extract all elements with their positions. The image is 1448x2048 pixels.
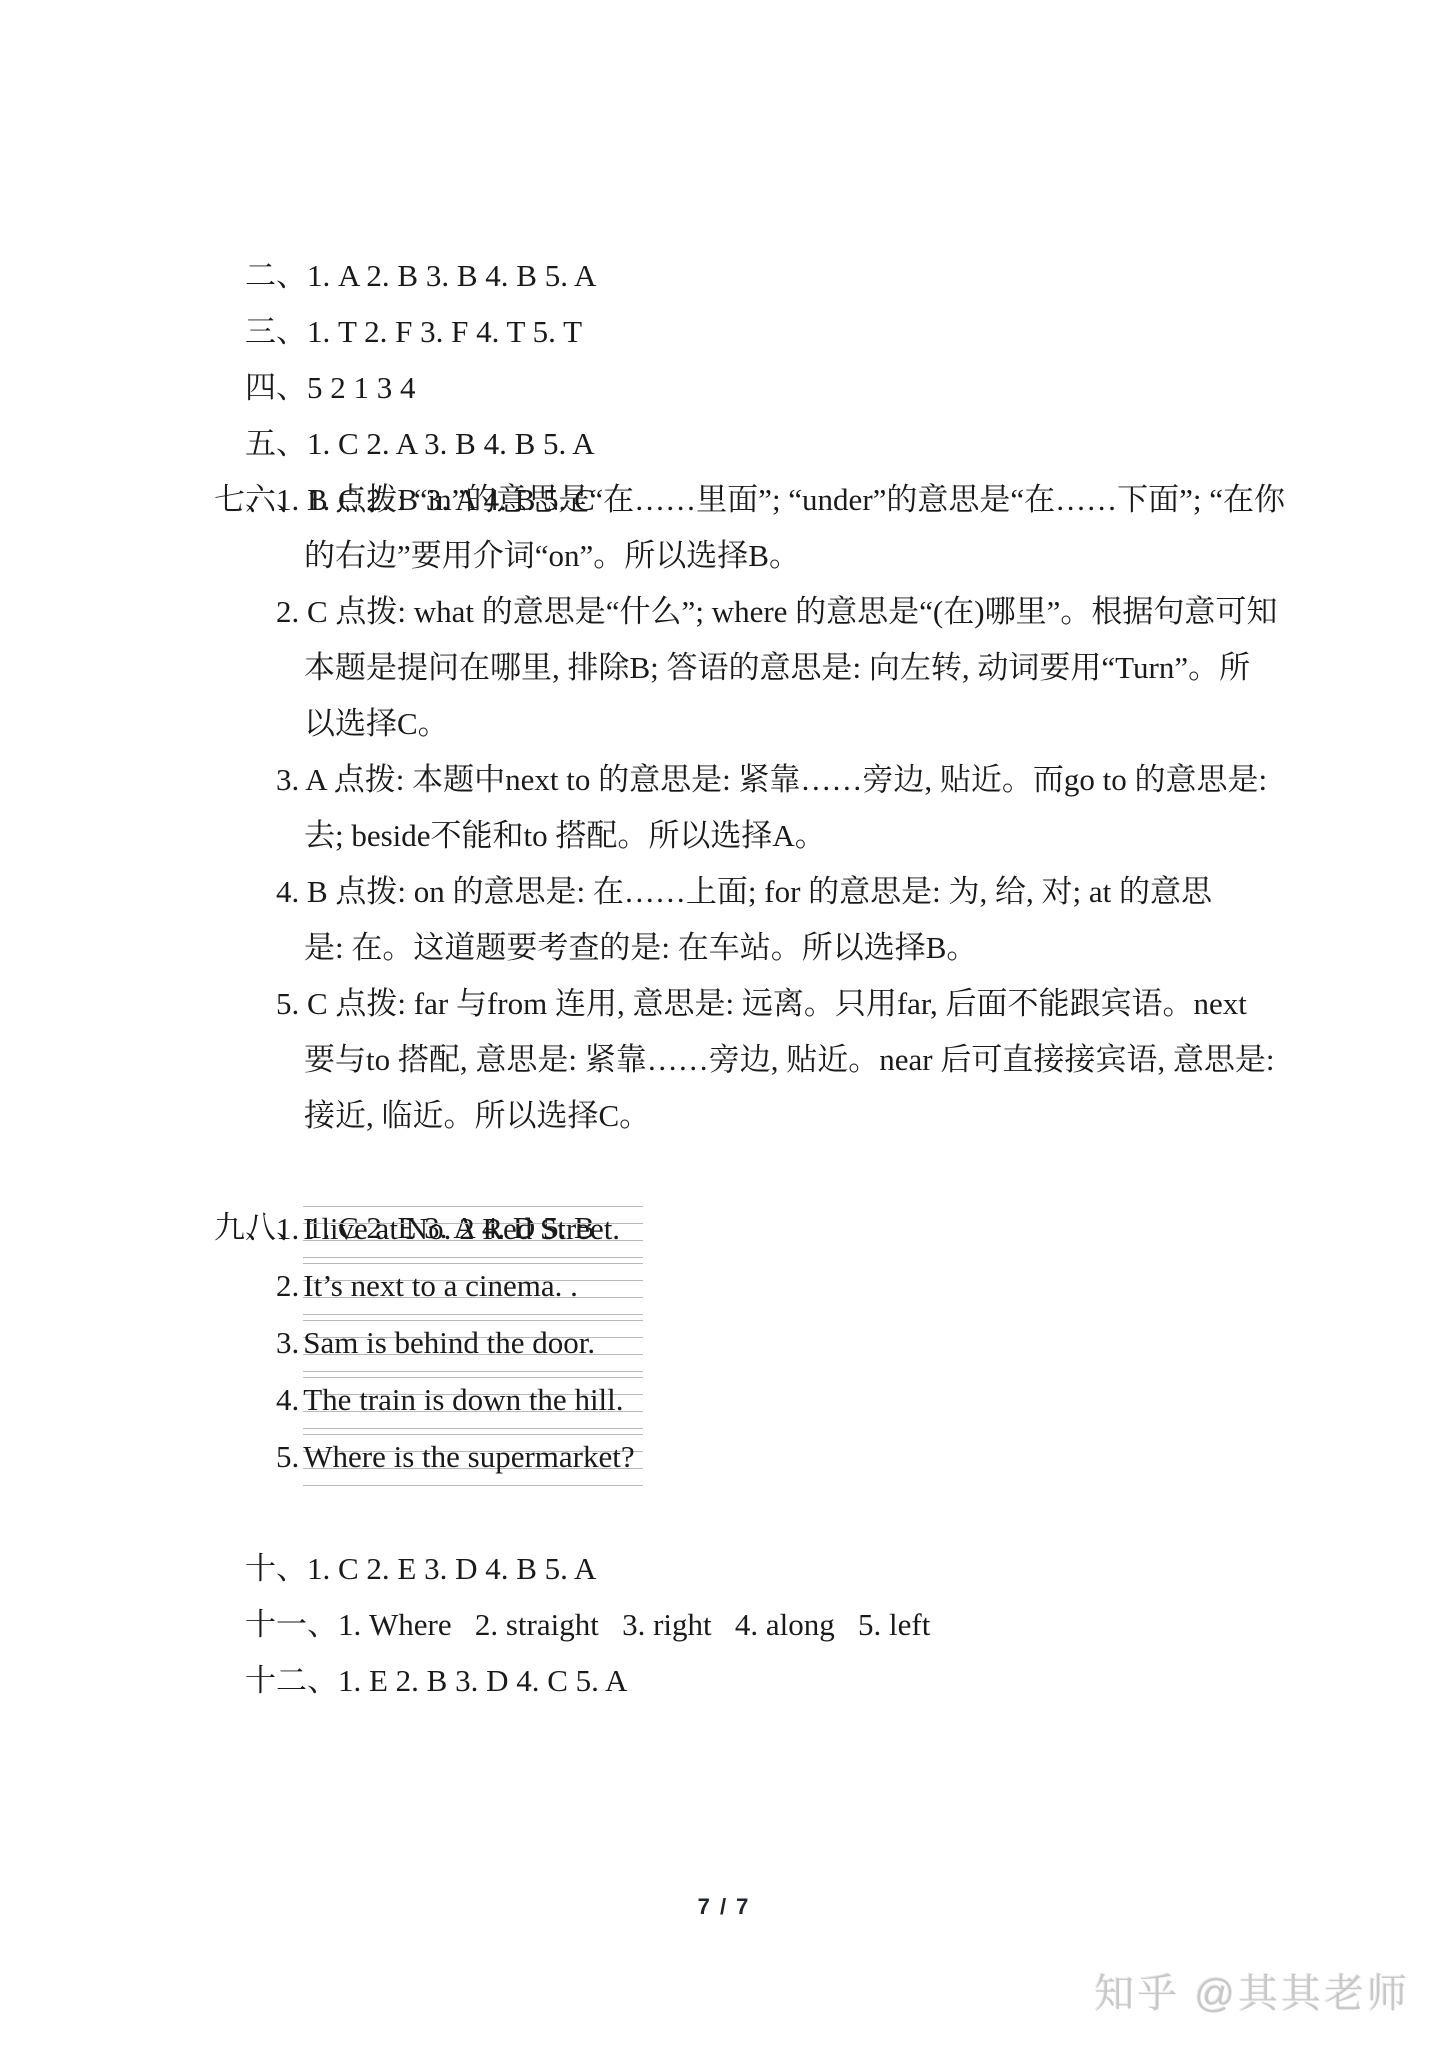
explanation-line: 2. C 点拨: what 的意思是“什么”; where 的意思是“(在)哪里… (276, 584, 1285, 640)
explanation-items: 1. B 点拨: “in”的意思是“在……里面”; “under”的意思是“在…… (276, 472, 1285, 1144)
writing-sentence: 1.I live at No. 2 Red Street. (276, 1200, 1254, 1257)
section-row-9: 九、 1.I live at No. 2 Red Street. 2.It’s … (214, 1200, 1254, 1485)
writing-items: 1.I live at No. 2 Red Street. 2.It’s nex… (276, 1200, 1254, 1485)
four-line-rule: I live at No. 2 Red Street. (303, 1206, 643, 1258)
section-label: 十一、 (245, 1607, 338, 1642)
explanation-line: 4. B 点拨: on 的意思是: 在……上面; for 的意思是: 为, 给,… (276, 864, 1285, 920)
section-label: 十、 (245, 1551, 307, 1586)
sentence-number: 4. (276, 1382, 299, 1417)
section-row-10: 十、1. C 2. E 3. D 4. B 5. A (214, 1485, 1254, 1541)
writing-sentence: 4.The train is down the hill. (276, 1371, 1254, 1428)
explanation-line: 去; beside不能和to 搭配。所以选择A。 (276, 808, 1285, 864)
sentence-number: 5. (276, 1439, 299, 1474)
sentence-text: Where is the supermarket? (303, 1434, 643, 1480)
explanation-line: 要与to 搭配, 意思是: 紧靠……旁边, 贴近。near 后可直接接宾语, 意… (276, 1032, 1285, 1088)
section-label: 五、 (245, 426, 307, 461)
sentence-number: 3. (276, 1325, 299, 1360)
explanation-line: 本题是提问在哪里, 排除B; 答语的意思是: 向左转, 动词要用“Turn”。所 (276, 640, 1285, 696)
four-line-rule: Where is the supermarket? (303, 1434, 643, 1486)
section-label: 十二、 (245, 1663, 338, 1698)
answers-text: 1. E 2. B 3. D 4. C 5. A (338, 1663, 627, 1698)
watermark: 知乎 @其其老师 (1094, 1962, 1410, 2019)
section-label: 三、 (245, 314, 307, 349)
writing-sentence: 3.Sam is behind the door. (276, 1314, 1254, 1371)
section-label: 九、 (214, 1200, 276, 1256)
sentence-number: 1. (276, 1211, 299, 1246)
page-number: 7 / 7 (0, 1894, 1448, 1920)
answers-text: 1. Where 2. straight 3. right 4. along 5… (338, 1607, 930, 1642)
explanation-line: 1. B 点拨: “in”的意思是“在……里面”; “under”的意思是“在…… (276, 472, 1285, 528)
explanation-line: 3. A 点拨: 本题中next to 的意思是: 紧靠……旁边, 贴近。而go… (276, 752, 1285, 808)
answer-key-document: 二、1. A 2. B 3. B 4. B 5. A 三、1. T 2. F 3… (214, 192, 1254, 1653)
answers-text: 1. C 2. E 3. D 4. B 5. A (307, 1551, 596, 1586)
section-label: 四、 (245, 370, 307, 405)
sentence-text: Sam is behind the door. (303, 1320, 643, 1366)
sentence-text: It’s next to a cinema. . (303, 1263, 643, 1309)
answers-text: 1. A 2. B 3. B 4. B 5. A (307, 258, 596, 293)
four-line-rule: Sam is behind the door. (303, 1320, 643, 1372)
explanation-line: 以选择C。 (276, 696, 1285, 752)
section-row-7: 七、 1. B 点拨: “in”的意思是“在……里面”; “under”的意思是… (214, 472, 1254, 1144)
answers-text: 5 2 1 3 4 (307, 370, 416, 405)
four-line-rule: The train is down the hill. (303, 1377, 643, 1429)
four-line-rule: It’s next to a cinema. . (303, 1263, 643, 1315)
explanation-line: 的右边”要用介词“on”。所以选择B。 (276, 528, 1285, 584)
writing-sentence: 5.Where is the supermarket? (276, 1428, 1254, 1485)
section-label: 七、 (214, 472, 276, 528)
writing-sentence: 2.It’s next to a cinema. . (276, 1257, 1254, 1314)
explanation-line: 接近, 临近。所以选择C。 (276, 1088, 1285, 1144)
explanation-line: 是: 在。这道题要考查的是: 在车站。所以选择B。 (276, 920, 1285, 976)
answers-text: 1. C 2. A 3. B 4. B 5. A (307, 426, 595, 461)
answers-text: 1. T 2. F 3. F 4. T 5. T (307, 314, 582, 349)
section-row-8: 八、1. C 2. E 3. A 4. D 5. B (214, 1144, 1254, 1200)
section-label: 二、 (245, 258, 307, 293)
sentence-number: 2. (276, 1268, 299, 1303)
section-row-2: 二、1. A 2. B 3. B 4. B 5. A (214, 192, 1254, 248)
sentence-text: The train is down the hill. (303, 1377, 643, 1423)
explanation-line: 5. C 点拨: far 与from 连用, 意思是: 远离。只用far, 后面… (276, 976, 1285, 1032)
sentence-text: I live at No. 2 Red Street. (303, 1206, 643, 1252)
